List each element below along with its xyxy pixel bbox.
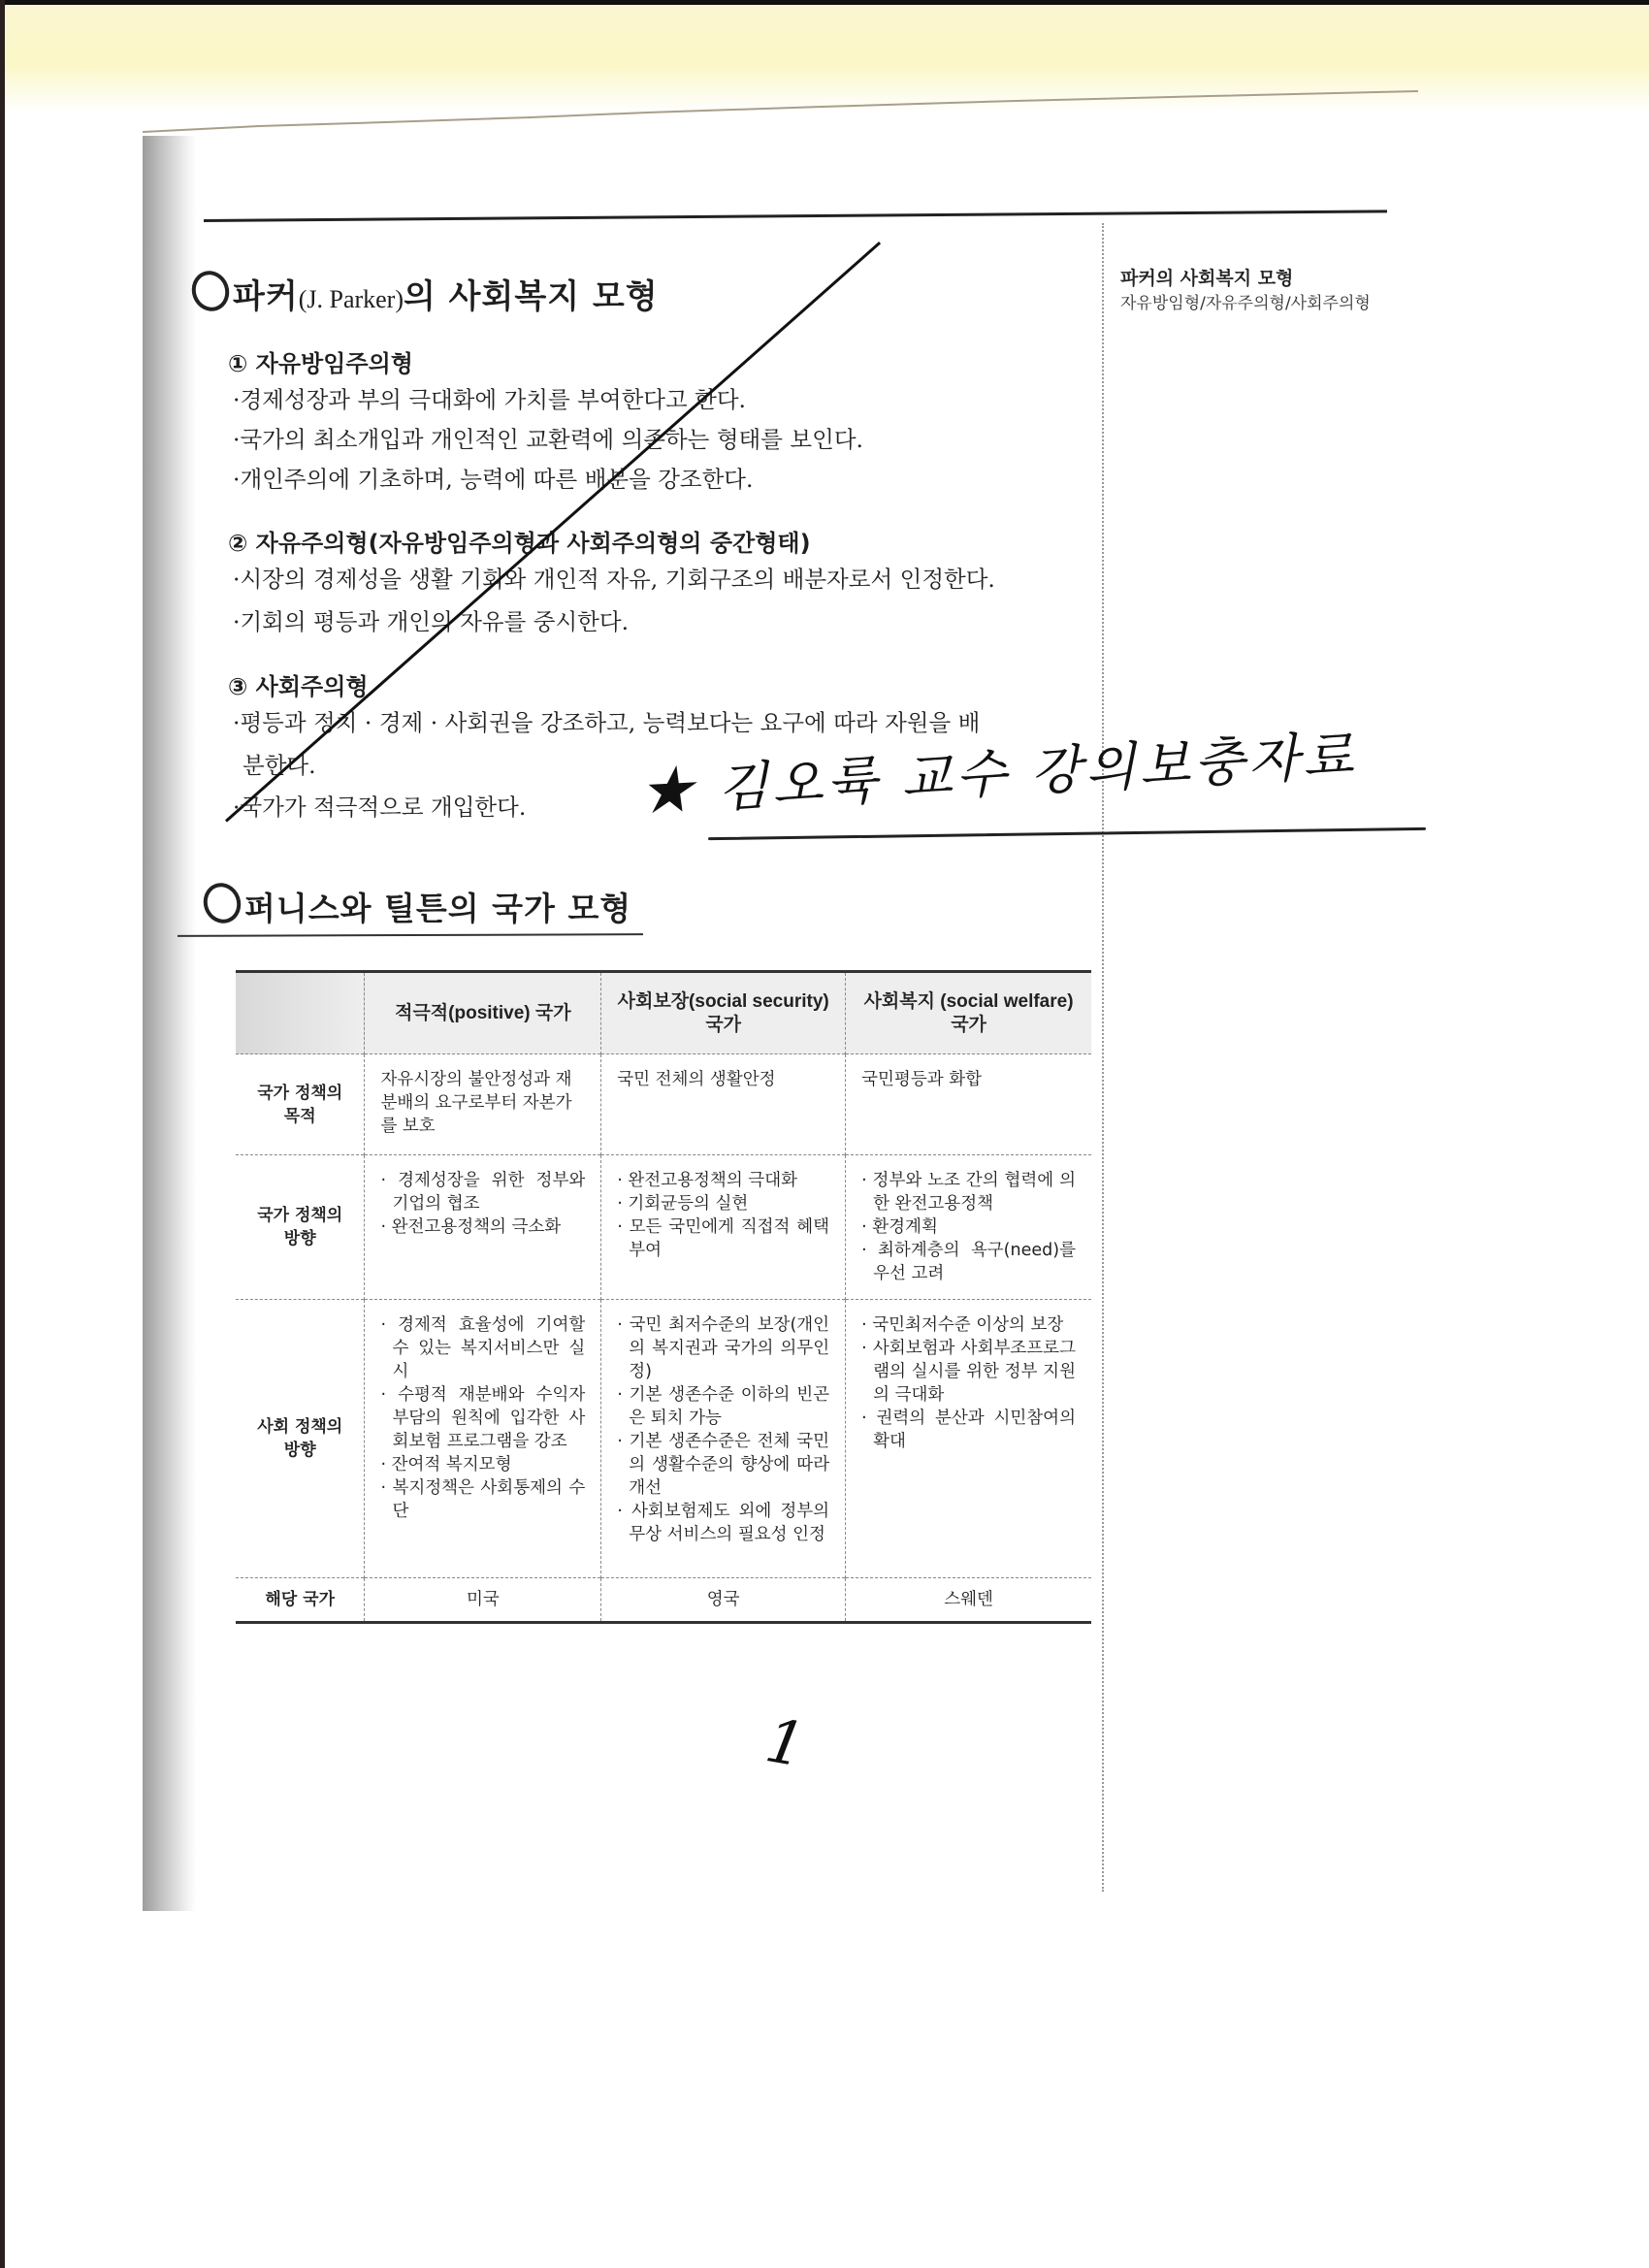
table-row: 해당 국가미국영국스웨덴	[236, 1578, 1091, 1623]
model-bullet: ·기회의 평등과 개인의 자유를 중시한다.	[233, 603, 629, 636]
table-cell: 미국	[365, 1578, 601, 1623]
cell-bullet: 모든 국민에게 직접적 혜택 부여	[617, 1215, 829, 1262]
cell-bullet-list: 정부와 노조 간의 협력에 의한 완전고용정책환경계획최하계층의 욕구(need…	[861, 1169, 1076, 1285]
table-cell: 자유시장의 불안정성과 재분배의 요구로부터 자본가를 보호	[365, 1054, 601, 1155]
column-header: 적극적(positive) 국가	[365, 972, 601, 1054]
table-row: 국가 정책의 목적자유시장의 불안정성과 재분배의 요구로부터 자본가를 보호국…	[236, 1054, 1091, 1155]
table-cell: 국민평등과 화합	[846, 1054, 1091, 1155]
table-cell: 국민 전체의 생활안정	[601, 1054, 846, 1155]
column-header: 사회보장(social security) 국가	[601, 972, 846, 1054]
cell-bullet: 기회균등의 실현	[617, 1192, 829, 1215]
cell-bullet: 최하계층의 욕구(need)를 우선 고려	[861, 1239, 1076, 1285]
side-note: 파커의 사회복지 모형 자유방임형/자유주의형/사회주의형	[1120, 266, 1371, 316]
cell-bullet: 기본 생존수준 이하의 빈곤은 퇴치 가능	[617, 1383, 829, 1430]
table-cell: 국민최저수준 이상의 보장사회보험과 사회부조프로그램의 실시를 위한 정부 지…	[846, 1300, 1091, 1578]
cell-bullet: 수평적 재분배와 수익자 부담의 원칙에 입각한 사회보험 프로그램을 강조	[380, 1383, 585, 1453]
model-bullet: ·시장의 경제성을 생활 기회와 개인적 자유, 기회구조의 배분자로서 인정한…	[233, 561, 995, 594]
cell-bullet: 국민 최저수준의 보장(개인의 복지권과 국가의 의무인정)	[617, 1313, 829, 1383]
cell-bullet: 완전고용정책의 극소화	[380, 1215, 585, 1239]
model-bullet: ·개인주의에 기초하며, 능력에 따른 배분을 강조한다.	[233, 461, 753, 494]
cell-bullet: 기본 생존수준은 전체 국민의 생활수준의 향상에 따라 개선	[617, 1430, 829, 1500]
table-cell: 정부와 노조 간의 협력에 의한 완전고용정책환경계획최하계층의 욕구(need…	[846, 1155, 1091, 1300]
row-header: 해당 국가	[236, 1578, 365, 1623]
scribbled-number-icon	[198, 878, 246, 928]
margin-divider	[1102, 223, 1104, 1892]
cell-bullet: 사회보험제도 외에 정부의 무상 서비스의 필요성 인정	[617, 1500, 829, 1546]
state-model-table: 적극적(positive) 국가 사회보장(social security) 국…	[236, 970, 1091, 1624]
cell-bullet-list: 완전고용정책의 극대화기회균등의 실현모든 국민에게 직접적 혜택 부여	[617, 1169, 829, 1262]
cell-bullet: 경제적 효율성에 기여할 수 있는 복지서비스만 실시	[380, 1313, 585, 1383]
table-cell: 경제적 효율성에 기여할 수 있는 복지서비스만 실시수평적 재분배와 수익자 …	[365, 1300, 601, 1578]
row-header: 국가 정책의 방향	[236, 1155, 365, 1300]
title-en: (J. Parker)	[299, 285, 404, 313]
model-bullet: ·평등과 정치 · 경제 · 사회권을 강조하고, 능력보다는 요구에 따라 자…	[233, 704, 980, 737]
table-corner	[236, 972, 365, 1054]
cell-bullet: 사회보험과 사회부조프로그램의 실시를 위한 정부 지원의 극대화	[861, 1337, 1076, 1407]
cell-bullet: 권력의 분산과 시민참여의 확대	[861, 1407, 1076, 1453]
cell-bullet-list: 국민 최저수준의 보장(개인의 복지권과 국가의 의무인정)기본 생존수준 이하…	[617, 1313, 829, 1546]
model-heading: ③ 사회주의형	[228, 667, 369, 701]
cell-bullet-list: 국민최저수준 이상의 보장사회보험과 사회부조프로그램의 실시를 위한 정부 지…	[861, 1313, 1076, 1453]
cell-bullet: 완전고용정책의 극대화	[617, 1169, 829, 1192]
section-title-furniss-tilton: 퍼니스와 틸튼의 국가 모형	[204, 883, 631, 929]
side-note-title: 파커의 사회복지 모형	[1120, 266, 1371, 291]
torn-paper-edge	[143, 89, 1418, 138]
model-bullet: ·경제성장과 부의 극대화에 가치를 부여한다고 한다.	[233, 381, 746, 414]
scan-border	[0, 0, 5, 2268]
side-note-subtitle: 자유방임형/자유주의형/사회주의형	[1120, 291, 1371, 316]
title-ko-prefix: 파커	[233, 277, 299, 316]
table-cell: 경제성장을 위한 정부와 기업의 협조완전고용정책의 극소화	[365, 1155, 601, 1300]
column-header: 사회복지 (social welfare) 국가	[846, 972, 1091, 1054]
title-text: 퍼니스와 틸튼의 국가 모형	[244, 890, 631, 927]
model-bullet: ·국가가 적극적으로 개입한다.	[233, 789, 526, 822]
cell-bullet: 정부와 노조 간의 협력에 의한 완전고용정책	[861, 1169, 1076, 1215]
table-row: 사회 정책의 방향경제적 효율성에 기여할 수 있는 복지서비스만 실시수평적 …	[236, 1300, 1091, 1578]
model-heading: ② 자유주의형(자유방임주의형과 사회주의형의 중간형태)	[228, 524, 811, 558]
scribbled-number-icon	[186, 266, 235, 316]
row-header: 사회 정책의 방향	[236, 1300, 365, 1578]
model-bullet: ·국가의 최소개입과 개인적인 교환력에 의존하는 형태를 보인다.	[233, 421, 863, 454]
title-ko-suffix: 의 사회복지 모형	[404, 277, 659, 316]
cell-bullet: 복지정책은 사회통제의 수단	[380, 1476, 585, 1523]
table-header-row: 적극적(positive) 국가 사회보장(social security) 국…	[236, 972, 1091, 1054]
cell-bullet-list: 경제적 효율성에 기여할 수 있는 복지서비스만 실시수평적 재분배와 수익자 …	[380, 1313, 585, 1523]
table-cell: 완전고용정책의 극대화기회균등의 실현모든 국민에게 직접적 혜택 부여	[601, 1155, 846, 1300]
binding-shadow	[143, 136, 196, 1911]
cell-bullet: 경제성장을 위한 정부와 기업의 협조	[380, 1169, 585, 1215]
table-body: 국가 정책의 목적자유시장의 불안정성과 재분배의 요구로부터 자본가를 보호국…	[236, 1054, 1091, 1623]
table-row: 국가 정책의 방향경제성장을 위한 정부와 기업의 협조완전고용정책의 극소화완…	[236, 1155, 1091, 1300]
table-cell: 영국	[601, 1578, 846, 1623]
cell-bullet: 잔여적 복지모형	[380, 1453, 585, 1476]
row-header: 국가 정책의 목적	[236, 1054, 365, 1155]
table-cell: 스웨덴	[846, 1578, 1091, 1623]
model-heading: ① 자유방임주의형	[228, 344, 413, 378]
table-cell: 국민 최저수준의 보장(개인의 복지권과 국가의 의무인정)기본 생존수준 이하…	[601, 1300, 846, 1578]
section-title-parker: 파커(J. Parker)의 사회복지 모형	[192, 270, 659, 317]
cell-bullet-list: 경제성장을 위한 정부와 기업의 협조완전고용정책의 극소화	[380, 1169, 585, 1239]
cell-bullet: 국민최저수준 이상의 보장	[861, 1313, 1076, 1337]
cell-bullet: 환경계획	[861, 1215, 1076, 1239]
